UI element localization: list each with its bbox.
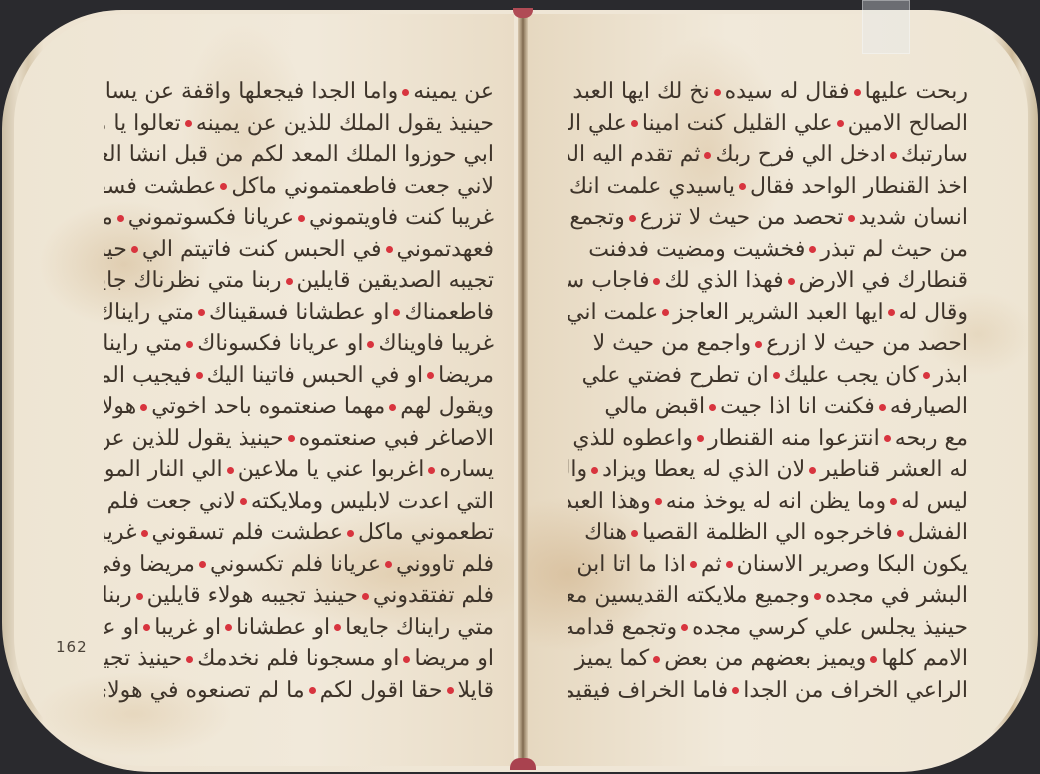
manuscript-line: الصالح الامينعلي القليل كنت اميناعلي الك… — [568, 108, 968, 140]
rubric-dot-icon — [389, 404, 396, 411]
line-segment: غريبا كنت — [104, 520, 137, 545]
line-segment: واجمع من حيث لا — [593, 331, 752, 356]
rubric-dot-icon — [848, 215, 855, 222]
rubric-dot-icon — [897, 530, 904, 537]
line-segment: ادخل الي فرح ربك — [715, 142, 885, 167]
line-segment: حينيذ تجيبه هولاء قايلين — [147, 583, 358, 608]
line-segment: يكون البكا وصرير الاسنان — [737, 552, 968, 577]
line-segment: يساره — [439, 457, 494, 482]
rubric-dot-icon — [890, 498, 897, 505]
line-segment: الاصاغر فبي صنعتموه — [299, 426, 494, 451]
line-segment: او عطشانا فسقيناك — [209, 300, 389, 325]
line-segment: متي رايناك — [104, 300, 194, 325]
rubric-dot-icon — [199, 561, 206, 568]
manuscript-line: فلم تاوونيعريانا فلم تكسونيمريضا وفي الح… — [104, 549, 494, 581]
rubric-dot-icon — [131, 246, 138, 253]
manuscript-line: ربحت عليهافقال له سيدهنخ لك ايها العبد — [568, 76, 968, 108]
line-segment: احصد من حيث لا ازرع — [766, 331, 968, 356]
line-segment: وتجمع — [569, 205, 624, 230]
rubric-dot-icon — [788, 278, 795, 285]
rubric-dot-icon — [690, 561, 697, 568]
line-segment: تحصد من حيث لا تزرع — [640, 205, 844, 230]
manuscript-line: غريبا فاويناكاو عريانا فكسوناكمتي رايناك — [104, 328, 494, 360]
manuscript-line: فاطعمناكاو عطشانا فسقيناكمتي رايناك — [104, 297, 494, 329]
rubric-dot-icon — [837, 120, 844, 127]
line-segment: حينيذ — [104, 237, 127, 262]
line-segment: او غريبا — [154, 615, 221, 640]
rubric-dot-icon — [186, 656, 193, 663]
line-segment: وجميع ملايكته القديسين معه — [568, 583, 810, 608]
rubric-dot-icon — [814, 593, 821, 600]
rubric-dot-icon — [888, 309, 895, 316]
rubric-dot-icon — [854, 89, 861, 96]
line-segment: سارتبك — [901, 142, 968, 167]
rubric-dot-icon — [309, 687, 316, 694]
rubric-dot-icon — [773, 372, 780, 379]
rubric-dot-icon — [655, 498, 662, 505]
line-segment: تجيبه الصديقين قايلين — [297, 268, 494, 293]
line-segment: عريانا فكسوتموني — [128, 205, 294, 230]
line-segment: حينيذ يقول للذين عن — [104, 426, 284, 451]
line-segment: والذي — [568, 457, 587, 482]
line-segment: ربنا — [104, 583, 132, 608]
line-segment: او في الحبس فاتينا اليك — [207, 363, 424, 388]
line-segment: عطشت فلم تسقوني — [152, 520, 344, 545]
manuscript-line: عن يمينهواما الجدا فيجعلها واقفة عن يسار… — [104, 76, 494, 108]
line-segment: له العشر قناطير — [820, 457, 968, 482]
line-segment: او مريضا — [414, 646, 494, 671]
line-segment: اخذ القنطار الواحد فقال — [750, 174, 968, 199]
rubric-dot-icon — [140, 404, 147, 411]
line-segment: في الحبس كنت فاتيتم الي — [142, 237, 382, 262]
line-segment: وتجمع قدامه — [568, 615, 677, 640]
line-segment: فلم تاووني — [396, 552, 494, 577]
line-segment: قايلا — [458, 678, 494, 703]
rubric-dot-icon — [403, 656, 410, 663]
line-segment: انسان شديد — [859, 205, 968, 230]
manuscript-line: تجيبه الصديقين قايلينربنا متي نظرناك جاي… — [104, 265, 494, 297]
spine-headband-bottom — [510, 758, 536, 770]
line-segment: غريبا كنت فاويتموني — [309, 205, 494, 230]
rubric-dot-icon — [739, 183, 746, 190]
line-segment: متي رايناك جايعا — [345, 615, 494, 640]
line-segment: حينيذ تجيبهم — [104, 646, 182, 671]
line-segment: فيجيب الملك — [104, 363, 192, 388]
line-segment: ان تطرح فضتي علي — [582, 363, 769, 388]
line-segment: كان يجب عليك — [784, 363, 919, 388]
manuscript-line: ليس لهوما يظن انه له يوخذ منهوهذا العبد — [568, 486, 968, 518]
line-segment: ايها العبد الشرير العاجز — [673, 300, 883, 325]
rubric-dot-icon — [591, 467, 598, 474]
line-segment: فهذا الذي لك — [664, 268, 783, 293]
line-segment: لان الذي له يعطا ويزاد — [602, 457, 805, 482]
manuscript-line: مريضااو في الحبس فاتينا اليكفيجيب الملك — [104, 360, 494, 392]
line-segment: هولاء — [104, 394, 136, 419]
rubric-dot-icon — [923, 372, 930, 379]
rubric-dot-icon — [367, 341, 374, 348]
rubric-dot-icon — [286, 278, 293, 285]
folio-number: 162 — [56, 638, 88, 656]
right-page: ربحت عليهافقال له سيدهنخ لك ايها العبدال… — [528, 14, 1028, 766]
manuscript-line: يسارهاغربوا عني يا ملاعينالي النار الموي… — [104, 454, 494, 486]
manuscript-line: اخذ القنطار الواحد فقالياسيدي علمت انك — [568, 171, 968, 203]
rubric-dot-icon — [653, 278, 660, 285]
line-segment: مريضا — [438, 363, 494, 388]
line-segment: ويقول لهم — [400, 394, 494, 419]
rubric-dot-icon — [709, 404, 716, 411]
line-segment: كما يميز — [575, 646, 650, 671]
rubric-dot-icon — [681, 624, 688, 631]
line-segment: تعالوا يا مباركي — [104, 111, 181, 136]
left-page-text-block: عن يمينهواما الجدا فيجعلها واقفة عن يسار… — [104, 76, 494, 706]
line-segment: حينيذ يجلس علي كرسي مجده — [692, 615, 968, 640]
rubric-dot-icon — [755, 341, 762, 348]
rubric-dot-icon — [726, 561, 733, 568]
rubric-dot-icon — [240, 498, 247, 505]
line-segment: الصيارفه — [890, 394, 968, 419]
line-segment: فاما الخراف فيقيمها — [568, 678, 728, 703]
rubric-dot-icon — [879, 404, 886, 411]
line-segment: متي رايناك — [104, 331, 182, 356]
line-segment: ابذر — [934, 363, 968, 388]
rubric-dot-icon — [428, 467, 435, 474]
manuscript-line: غريبا كنت فاويتمونيعريانا فكسوتمونيمريضا — [104, 202, 494, 234]
line-segment: مهما صنعتموه باحد اخوتي — [151, 394, 385, 419]
line-segment: عن يمينه — [413, 79, 494, 104]
line-segment: اغربوا عني يا ملاعين — [238, 457, 425, 482]
line-segment: ربنا متي نظرناك جايعا — [104, 268, 282, 293]
line-segment: البشر في مجده — [825, 583, 968, 608]
rubric-dot-icon — [385, 561, 392, 568]
manuscript-line: تطعموني ماكلعطشت فلم تسقونيغريبا كنت — [104, 517, 494, 549]
rubric-dot-icon — [225, 624, 232, 631]
line-segment: ربحت عليها — [865, 79, 968, 104]
line-segment: حقا اقول لكم — [320, 678, 443, 703]
line-segment: الراعي الخراف من الجدا — [743, 678, 968, 703]
open-manuscript: عن يمينهواما الجدا فيجعلها واقفة عن يسار… — [0, 0, 1040, 774]
rubric-dot-icon — [334, 624, 341, 631]
line-segment: حينيذ يقول الملك للذين عن يمينه — [196, 111, 494, 136]
line-segment: لاني جعت فاطعمتموني ماكل — [231, 174, 494, 199]
line-segment: فقال له سيده — [725, 79, 850, 104]
rubric-dot-icon — [117, 215, 124, 222]
rubric-dot-icon — [704, 152, 711, 159]
rubric-dot-icon — [198, 309, 205, 316]
line-segment: واعطوه للذي — [572, 426, 693, 451]
manuscript-line: الفشلفاخرجوه الي الظلمة القصياهناك — [568, 517, 968, 549]
manuscript-line: البشر في مجدهوجميع ملايكته القديسين معه — [568, 580, 968, 612]
line-segment: مريضا وفي الحبس — [104, 552, 195, 577]
line-segment: ليس له — [901, 489, 968, 514]
line-segment: فاخرجوه الي الظلمة القصيا — [642, 520, 893, 545]
manuscript-line: الامم كلهاويميز بعضهم من بعضكما يميز — [568, 643, 968, 675]
line-segment: عطشت فسقيتموني — [104, 174, 216, 199]
manuscript-line: حينيذ يجلس علي كرسي مجدهوتجمع قدامه — [568, 612, 968, 644]
line-segment: هناك — [584, 520, 627, 545]
manuscript-line: الاصاغر فبي صنعتموهحينيذ يقول للذين عن — [104, 423, 494, 455]
line-segment: فكنت انا اذا جيت — [720, 394, 875, 419]
manuscript-line: الراعي الخراف من الجدافاما الخراف فيقيمه… — [568, 675, 968, 707]
repair-tape — [862, 0, 910, 54]
rubric-dot-icon — [427, 372, 434, 379]
line-segment: او عطشانا — [236, 615, 330, 640]
rubric-dot-icon — [732, 687, 739, 694]
manuscript-line: سارتبكادخل الي فرح ربكثم تقدم اليه الذي — [568, 139, 968, 171]
line-segment: الفشل — [908, 520, 968, 545]
rubric-dot-icon — [809, 467, 816, 474]
line-segment: مع ربحه — [895, 426, 968, 451]
rubric-dot-icon — [662, 309, 669, 316]
manuscript-line: له العشر قناطيرلان الذي له يعطا ويزادوال… — [568, 454, 968, 486]
rubric-dot-icon — [288, 435, 295, 442]
rubric-dot-icon — [809, 246, 816, 253]
rubric-dot-icon — [227, 467, 234, 474]
manuscript-line: قنطارك في الارضفهذا الذي لكفاجاب سيده — [568, 265, 968, 297]
line-segment: من حيث لم تبذر — [820, 237, 968, 262]
line-segment: ما لم تصنعوه في هولاي — [104, 678, 305, 703]
book-spine-gutter — [518, 12, 528, 768]
rubric-dot-icon — [870, 656, 877, 663]
line-segment: اقبض مالي — [604, 394, 705, 419]
manuscript-line: احصد من حيث لا ازرعواجمع من حيث لا — [568, 328, 968, 360]
line-segment: علي القليل كنت امينا — [642, 111, 833, 136]
manuscript-line: حينيذ يقول الملك للذين عن يمينهتعالوا يا… — [104, 108, 494, 140]
manuscript-line: مع ربحهانتزعوا منه القنطارواعطوه للذي — [568, 423, 968, 455]
line-segment: ابي حوزوا الملك المعد لكم من قبل انشا ال… — [104, 142, 494, 167]
rubric-dot-icon — [185, 120, 192, 127]
line-segment: واما الجدا فيجعلها واقفة عن يساره — [104, 79, 398, 104]
line-segment: عريانا فلم تكسوني — [210, 552, 381, 577]
rubric-dot-icon — [298, 215, 305, 222]
line-segment: نخ لك ايها العبد — [572, 79, 709, 104]
line-segment: انتزعوا منه القنطار — [708, 426, 880, 451]
manuscript-line: من حيث لم تبذرفخشيت ومضيت فدفنت — [568, 234, 968, 266]
rubric-dot-icon — [884, 435, 891, 442]
line-segment: غريبا فاويناك — [378, 331, 494, 356]
manuscript-line: لاني جعت فاطعمتموني ماكلعطشت فسقيتموني — [104, 171, 494, 203]
manuscript-line: وقال لهايها العبد الشرير العاجزعلمت اني — [568, 297, 968, 329]
right-page-text-block: ربحت عليهافقال له سيدهنخ لك ايها العبدال… — [568, 76, 968, 706]
rubric-dot-icon — [890, 152, 897, 159]
rubric-dot-icon — [631, 530, 638, 537]
line-segment: فعهدتموني — [397, 237, 495, 262]
rubric-dot-icon — [697, 435, 704, 442]
manuscript-line: انسان شديدتحصد من حيث لا تزرعوتجمع — [568, 202, 968, 234]
rubric-dot-icon — [714, 89, 721, 96]
line-segment: او مسجونا فلم نخدمك — [197, 646, 399, 671]
line-segment: او عريانا فكسوناك — [197, 331, 363, 356]
line-segment: ثم — [701, 552, 722, 577]
rubric-dot-icon — [393, 309, 400, 316]
rubric-dot-icon — [143, 624, 150, 631]
manuscript-line: فلم تفتقدونيحينيذ تجيبه هولاء قايلينربنا — [104, 580, 494, 612]
manuscript-line: ويقول لهممهما صنعتموه باحد اخوتيهولاء — [104, 391, 494, 423]
line-segment: او عريانا — [104, 615, 139, 640]
line-segment: اذا ما اتا ابن — [576, 552, 685, 577]
line-segment: لاني جعت فلم — [107, 489, 236, 514]
manuscript-line: التي اعدت لابليس وملايكتهلاني جعت فلم — [104, 486, 494, 518]
line-segment: قنطارك في الارض — [799, 268, 968, 293]
line-segment: فاجاب سيده — [568, 268, 649, 293]
line-segment: فاطعمناك — [404, 300, 494, 325]
rubric-dot-icon — [186, 341, 193, 348]
line-segment: ياسيدي علمت انك — [569, 174, 735, 199]
line-segment: الامم كلها — [881, 646, 968, 671]
rubric-dot-icon — [362, 593, 369, 600]
line-segment: الصالح الامين — [848, 111, 968, 136]
rubric-dot-icon — [196, 372, 203, 379]
line-segment: تطعموني ماكل — [358, 520, 494, 545]
line-segment: التي اعدت لابليس وملايكته — [251, 489, 494, 514]
line-segment: وهذا العبد — [568, 489, 651, 514]
line-segment: فخشيت ومضيت فدفنت — [588, 237, 805, 262]
line-segment: علي الكثير — [568, 111, 627, 136]
rubric-dot-icon — [220, 183, 227, 190]
manuscript-line: الصيارفهفكنت انا اذا جيتاقبض مالي — [568, 391, 968, 423]
line-segment: وقال له — [899, 300, 968, 325]
manuscript-line: قايلاحقا اقول لكمما لم تصنعوه في هولاي — [104, 675, 494, 707]
rubric-dot-icon — [653, 656, 660, 663]
manuscript-line: ابي حوزوا الملك المعد لكم من قبل انشا ال… — [104, 139, 494, 171]
line-segment: وما يظن انه له يوخذ منه — [666, 489, 886, 514]
left-page: عن يمينهواما الجدا فيجعلها واقفة عن يسار… — [14, 14, 514, 766]
rubric-dot-icon — [136, 593, 143, 600]
manuscript-line: ابذركان يجب عليكان تطرح فضتي علي — [568, 360, 968, 392]
line-segment: مريضا — [104, 205, 113, 230]
manuscript-line: فعهدتمونيفي الحبس كنت فاتيتم اليحينيذ — [104, 234, 494, 266]
rubric-dot-icon — [347, 530, 354, 537]
manuscript-line: يكون البكا وصرير الاسنانثماذا ما اتا ابن — [568, 549, 968, 581]
line-segment: الي النار المويدة — [104, 457, 223, 482]
manuscript-line: او مريضااو مسجونا فلم نخدمكحينيذ تجيبهم — [104, 643, 494, 675]
rubric-dot-icon — [402, 89, 409, 96]
line-segment: فلم تفتقدوني — [373, 583, 494, 608]
rubric-dot-icon — [629, 215, 636, 222]
rubric-dot-icon — [386, 246, 393, 253]
manuscript-line: متي رايناك جايعااو عطشانااو غريبااو عريا… — [104, 612, 494, 644]
line-segment: ثم تقدم اليه الذي — [568, 142, 700, 167]
rubric-dot-icon — [447, 687, 454, 694]
line-segment: علمت اني — [568, 300, 658, 325]
rubric-dot-icon — [631, 120, 638, 127]
rubric-dot-icon — [141, 530, 148, 537]
line-segment: ويميز بعضهم من بعض — [664, 646, 866, 671]
